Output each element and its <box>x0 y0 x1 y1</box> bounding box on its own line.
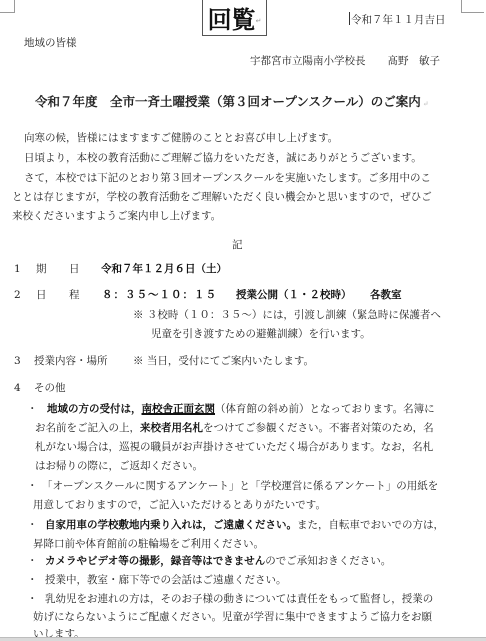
schedule-note-line-1: ※ ３校時（１０：３５～）には，引渡し訓練（緊急時に保護者へ <box>133 308 441 322</box>
reception-location: 南校舎正面玄関 <box>142 403 216 415</box>
document-title: 令和７年度 全市一斉土曜授業（第３回オープンスクール）のご案内↵ <box>35 92 429 110</box>
item-label: その他 <box>34 381 66 395</box>
event-date: 令和７年１２月６日（土） <box>101 262 227 276</box>
recipient: 地域の皆様 <box>24 36 77 50</box>
bullet-icon: ・ <box>27 592 38 606</box>
item-date: 1 期 日 令和７年１２月６日（土） <box>0 262 486 278</box>
item-schedule: 2 日 程 ８：３５～１０：１５ 授業公開（１・２校時） 各教室 <box>0 288 486 304</box>
ki-heading: 記 <box>232 238 243 252</box>
bullet-icon: ・ <box>27 402 38 416</box>
intro-line-4: ととは存じますが，学校の教育活動をご理解いただく良い機会かと思いますので，ぜひご <box>12 190 432 204</box>
bullet-parking-line-2: 昇降口前や体育館前の駐輪場をご利用ください。 <box>33 537 264 551</box>
item-label: 期 日 <box>36 262 86 276</box>
intro-line-2: 日頃より，本校の教育活動にご理解ご協力をいただき，誠にありがとうございます。 <box>24 151 422 165</box>
bullet-reception-line-1: 地域の方の受付は，南校舎正面玄関（体育館の斜め前）となっております。名簿に <box>47 402 435 416</box>
bullet-reception-line-2: お名前をご記入の上，来校者用名札をつけてご参観ください。不審者対策のため，名 <box>35 421 434 435</box>
item-label: 日 程 <box>36 288 86 302</box>
bullet-quiet-line: 授業中，教室・廊下等での会話はご遠慮ください。 <box>45 573 287 587</box>
bullet-infants-line-1: 乳幼児をお連れの方は，そのお子様の動きについては責任をもって監督し，授業の <box>45 592 433 606</box>
visitor-nametag: 来校者用名札 <box>140 422 203 434</box>
item-number: 1 <box>14 262 21 276</box>
document-date: 令和７年１１月吉日 <box>351 14 446 26</box>
bullet-survey-line-1: 「オープンスクールに関するアンケート」と「学校運営に係るアンケート」の用紙を <box>42 479 438 493</box>
paragraph-mark-icon: ↵ <box>256 17 262 25</box>
document-page: 回覧↵ 令和７年１１月吉日 地域の皆様 宇都宮市立陽南小学校長髙野 敏子 令和７… <box>0 0 486 637</box>
sender-name: 髙野 敏子 <box>388 55 441 67</box>
item-number: 4 <box>14 381 21 395</box>
bullet-parking-line-1: 自家用車の学校敷地内乗り入れは，ご遠慮ください。また，自転車でおいでの方は， <box>45 518 444 532</box>
item-number: 2 <box>14 288 21 302</box>
item-content-location: 3 授業内容・場所 ※ 当日，受付にてご案内いたします。 <box>0 354 486 370</box>
bullet-infants-line-2: 妨げにならないようにご配慮ください。児童が学習に集中できますようご協力をお願 <box>33 610 432 624</box>
bullet-survey-line-2: 用意しておりますので，ご記入いただけるとありがたいです。 <box>33 498 326 512</box>
item-other: 4 その他 <box>0 381 486 397</box>
item-label: 授業内容・場所 <box>34 354 108 368</box>
schedule-note-line-2: 児童を引き渡すための避難訓練）を行います。 <box>151 327 371 341</box>
intro-line-1: 向寒の候，皆様にはますますご健勝のこととお喜び申し上げます。 <box>24 131 338 145</box>
bullet-reception-line-4: はお帰りの際に，ご返却ください。 <box>35 459 203 473</box>
content-location-note: ※ 当日，受付にてご案内いたします。 <box>133 354 314 368</box>
intro-line-5: 来校くださいますようご案内申し上げます。 <box>12 209 221 223</box>
circulation-stamp-label: 回覧 <box>208 0 256 35</box>
bullet-icon: ・ <box>27 479 38 493</box>
schedule-place: 各教室 <box>370 288 402 302</box>
schedule-time: ８：３５～１０：１５ <box>102 288 217 302</box>
bullet-recording-line: カメラやビデオ等の撮影，録音等はできませんのでご承知おきください。 <box>45 554 391 568</box>
schedule-event: 授業公開（１・２校時） <box>236 288 352 302</box>
paragraph-mark-icon: ↵ <box>423 99 429 108</box>
page-corner-mark-top-left <box>0 0 15 13</box>
page-corner-mark-top-right <box>461 0 484 13</box>
bullet-icon: ・ <box>27 518 38 532</box>
item-number: 3 <box>14 354 21 368</box>
text-cursor <box>349 12 350 25</box>
circulation-stamp-box: 回覧↵ <box>202 0 267 36</box>
date-line[interactable]: 令和７年１１月吉日 <box>349 12 446 27</box>
sender-line: 宇都宮市立陽南小学校長髙野 敏子 <box>250 54 440 68</box>
bullet-icon: ・ <box>27 573 38 587</box>
intro-line-3: さて，本校では下記のとおり第３回オープンスクールを実施いたします。ご多用中のこ <box>24 171 431 185</box>
bullet-icon: ・ <box>27 554 38 568</box>
page-bottom-edge <box>0 637 486 641</box>
bullet-reception-line-3: 札がない場合は，巡視の職員がお声掛けさせていただく場合があります。なお，名札 <box>35 440 433 454</box>
sender-organization: 宇都宮市立陽南小学校長 <box>250 55 366 67</box>
